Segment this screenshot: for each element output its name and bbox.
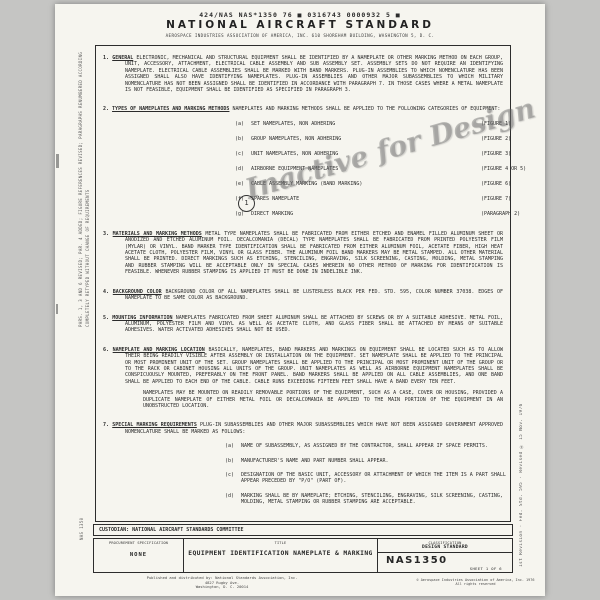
list-item-label: (a)	[225, 443, 241, 449]
list-item: (d) MARKING SHALL BE BY NAMEPLATE; ETCHI…	[225, 493, 525, 506]
section-body: BACKGROUND COLOR OF ALL NAMEPLATES SHALL…	[125, 289, 503, 301]
revision-circle-annotation: 1	[238, 195, 255, 212]
section-heading: TYPES OF NAMEPLATES AND MARKING METHODS	[112, 106, 229, 112]
list-item-text: DESIGNATION OF THE BASIC UNIT, ACCESSORY…	[241, 472, 525, 485]
section-number: 3.	[103, 231, 109, 237]
list-item-label: (a)	[235, 121, 251, 127]
list-item-text: NAME OF SUBASSEMBLY, AS ASSIGNED BY THE …	[241, 443, 525, 449]
list-item-text: MARKING SHALL BE BY NAMEPLATE; ETCHING, …	[241, 493, 525, 506]
list-item: (a) SET NAMEPLATES, NON ADHERING (FIGURE…	[235, 121, 553, 127]
section-marking-location: 6. NAMEPLATE AND MARKING LOCATION BASICA…	[103, 347, 503, 410]
section-special-marking: 7. SPECIAL MARKING REQUIREMENTS PLUG-IN …	[103, 422, 503, 505]
list-item-text: CABLE ASSEMBLY MARKING (BAND MARKING)	[251, 181, 481, 187]
scanned-document-canvas: 424/NAS NAS*1350 76 ■ 0316743 0000932 5 …	[0, 0, 600, 600]
list-item-text: SPARES NAMEPLATE	[251, 196, 481, 202]
list-item: (d) AIRBORNE EQUIPMENT NAMEPLATES (FIGUR…	[235, 166, 553, 172]
section-heading: GENERAL	[112, 55, 133, 61]
page-title: NATIONAL AIRCRAFT STANDARD	[55, 19, 545, 31]
list-item: (e) CABLE ASSEMBLY MARKING (BAND MARKING…	[235, 181, 553, 187]
section-types-of-nameplates: 2. TYPES OF NAMEPLATES AND MARKING METHO…	[103, 106, 503, 217]
section-body: ELECTRONIC, MECHANICAL AND STRUCTURAL EQ…	[125, 55, 503, 93]
list-item: (f) SPARES NAMEPLATE (FIGURE 7)	[235, 196, 553, 202]
list-item-text: DIRECT MARKING	[251, 211, 481, 217]
list-item-label: (e)	[235, 181, 251, 187]
section-background-color: 4. BACKGROUND COLOR BACKGROUND COLOR OF …	[103, 289, 503, 302]
document-barcode-line: 424/NAS NAS*1350 76 ■ 0316743 0000932 5 …	[55, 11, 545, 19]
custodian-bar: CUSTODIAN: NATIONAL AIRCRAFT STANDARDS C…	[93, 524, 513, 536]
section-body: BASICALLY, NAMEPLATES, BAND MARKERS AND …	[125, 347, 503, 385]
figure-reference: (PARAGRAPH 2)	[481, 211, 553, 217]
figure-reference: (FIGURE 2)	[481, 136, 553, 142]
left-margin-revision-note-2: COMPLETELY RETYPED WITHOUT CHANGE OF REQ…	[85, 52, 90, 327]
special-marking-list: (a) NAME OF SUBASSEMBLY, AS ASSIGNED BY …	[225, 443, 525, 505]
scan-artifact	[56, 154, 59, 168]
procurement-spec-label: PROCUREMENT SPECIFICATION	[94, 539, 183, 545]
section-body: METAL TYPE NAMEPLATES SHALL BE FABRICATE…	[125, 231, 503, 275]
left-margin-standard-number: NAS 1350	[79, 490, 84, 540]
section-materials: 3. MATERIALS AND MARKING METHODS METAL T…	[103, 231, 503, 276]
list-item-label: (d)	[235, 166, 251, 172]
list-item-label: (b)	[225, 458, 241, 464]
section-body-paragraph-2: NAMEPLATES MAY BE MOUNTED ON READILY REM…	[125, 390, 503, 409]
document-page: 424/NAS NAS*1350 76 ■ 0316743 0000932 5 …	[55, 4, 545, 596]
figure-reference: (FIGURE 6)	[481, 181, 553, 187]
left-margin-revision-note-1: PARS. 1, 3 AND 6 REVISED; PAR. 4 ADDED; …	[78, 52, 83, 327]
publisher-note-line3: Washington, D. C. 20014	[117, 585, 327, 590]
section-heading: MATERIALS AND MARKING METHODS	[113, 231, 202, 237]
list-item-text: GROUP NAMEPLATES, NON ADHERING	[251, 136, 481, 142]
figure-reference: (FIGURE 7)	[481, 196, 553, 202]
section-number: 2.	[103, 106, 109, 112]
section-number: 1.	[103, 55, 109, 61]
procurement-spec-cell: PROCUREMENT SPECIFICATION NONE	[94, 539, 184, 572]
copyright-line2: All rights reserved	[403, 582, 548, 586]
section-number: 6.	[103, 347, 109, 353]
title-cell: TITLE EQUIPMENT IDENTIFICATION NAMEPLATE…	[184, 539, 378, 572]
section-heading: BACKGROUND COLOR	[113, 289, 162, 295]
figure-reference: (FIGURE 1)	[481, 121, 553, 127]
classification-value: DESIGN STANDARD	[378, 545, 512, 550]
section-heading: NAMEPLATE AND MARKING LOCATION	[113, 347, 205, 353]
classification-cell: CLASSIFICATION DESIGN STANDARD NAS1350 S…	[378, 539, 512, 572]
section-heading: SPECIAL MARKING REQUIREMENTS	[112, 422, 197, 428]
figure-reference: (FIGURE 3)	[481, 151, 553, 157]
publisher-subtitle: AEROSPACE INDUSTRIES ASSOCIATION OF AMER…	[55, 33, 545, 38]
section-heading: MOUNTING INFORMATION	[112, 315, 172, 321]
sheet-number: SHEET 1 OF 6	[378, 566, 512, 571]
document-title: EQUIPMENT IDENTIFICATION NAMEPLATE & MAR…	[184, 550, 377, 557]
standard-number: NAS1350	[378, 553, 512, 566]
figure-reference: (FIGURE 4 OR 5)	[481, 166, 553, 172]
section-number: 7.	[103, 422, 109, 428]
nameplate-type-list: (a) SET NAMEPLATES, NON ADHERING (FIGURE…	[235, 121, 553, 217]
section-body: NAMEPLATES FABRICATED FROM SHEET ALUMINU…	[125, 315, 503, 334]
section-general: 1. GENERAL ELECTRONIC, MECHANICAL AND ST…	[103, 55, 503, 93]
classification-subcell: CLASSIFICATION DESIGN STANDARD	[378, 539, 512, 553]
list-item-label: (g)	[235, 211, 251, 217]
list-item-text: SET NAMEPLATES, NON ADHERING	[251, 121, 481, 127]
scan-artifact	[56, 304, 58, 314]
list-item-label: (c)	[225, 472, 241, 485]
title-block-table: PROCUREMENT SPECIFICATION NONE TITLE EQU…	[93, 538, 513, 573]
list-item: (a) NAME OF SUBASSEMBLY, AS ASSIGNED BY …	[225, 443, 525, 449]
list-item: (b) MANUFACTURER'S NAME AND PART NUMBER …	[225, 458, 525, 464]
standard-body-box: 1. GENERAL ELECTRONIC, MECHANICAL AND ST…	[95, 45, 511, 522]
list-item: (b) GROUP NAMEPLATES, NON ADHERING (FIGU…	[235, 136, 553, 142]
publisher-note: Published and distributed by: National S…	[117, 576, 327, 590]
section-body: NAMEPLATES AND MARKING METHODS SHALL BE …	[232, 106, 500, 112]
list-item-label: (b)	[235, 136, 251, 142]
procurement-spec-value: NONE	[94, 552, 183, 558]
list-item: (g) DIRECT MARKING (PARAGRAPH 2)	[235, 211, 553, 217]
section-number: 5.	[103, 315, 109, 321]
list-item-label: (c)	[235, 151, 251, 157]
list-item-text: AIRBORNE EQUIPMENT NAMEPLATES	[251, 166, 481, 172]
title-label: TITLE	[184, 539, 377, 545]
list-item: (c) UNIT NAMEPLATES, NON ADHERING (FIGUR…	[235, 151, 553, 157]
list-item-text: UNIT NAMEPLATES, NON ADHERING	[251, 151, 481, 157]
list-item-text: MANUFACTURER'S NAME AND PART NUMBER SHAL…	[241, 458, 525, 464]
section-mounting-information: 5. MOUNTING INFORMATION NAMEPLATES FABRI…	[103, 315, 503, 334]
section-number: 4.	[103, 289, 109, 295]
list-item: (c) DESIGNATION OF THE BASIC UNIT, ACCES…	[225, 472, 525, 485]
list-item-label: (d)	[225, 493, 241, 506]
copyright-note: © Aerospace Industries Association of Am…	[403, 578, 548, 587]
